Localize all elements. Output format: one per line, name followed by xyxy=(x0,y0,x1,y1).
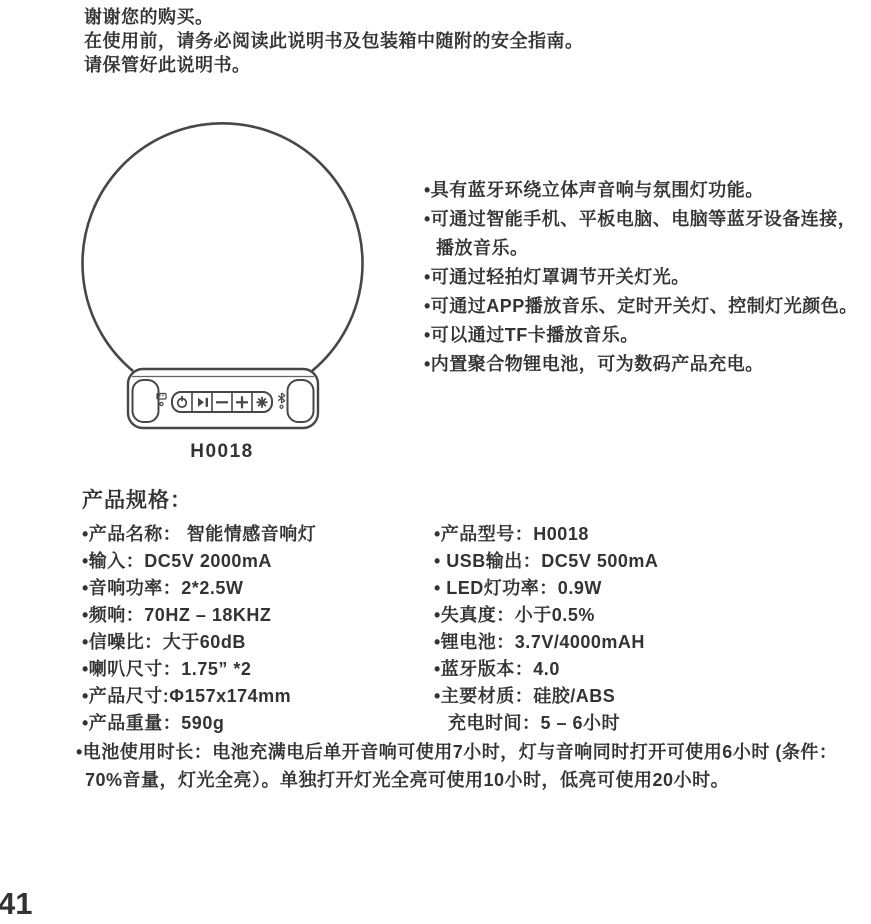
product-illustration xyxy=(70,106,390,446)
spec-item-continuation: 充电时间：5 – 6小时 xyxy=(434,710,658,737)
note-line: •电池使用时长：电池充满电后单开音响可使用7小时，灯与音响同时打开可使用6小时 … xyxy=(76,738,837,766)
specs-heading: 产品规格： xyxy=(82,484,192,514)
intro-line: 请保管好此说明书。 xyxy=(84,53,584,77)
spec-item: • USB输出：DC5V 500mA xyxy=(434,548,658,575)
feature-item: •可通过APP播放音乐、定时开关灯、控制灯光颜色。 xyxy=(424,292,858,321)
feature-item: •可通过轻拍灯罩调节开关灯光。 xyxy=(424,263,858,292)
spec-item: •蓝牙版本：4.0 xyxy=(434,656,658,683)
spec-item: •产品型号：H0018 xyxy=(434,521,658,548)
feature-item-continuation: 播放音乐。 xyxy=(424,234,858,263)
feature-item: •内置聚合物锂电池，可为数码产品充电。 xyxy=(424,350,858,379)
volume-up-icon xyxy=(236,396,248,408)
speaker-pad-right xyxy=(288,380,314,422)
spec-item: •频响：70HZ – 18KHZ xyxy=(82,602,316,629)
lamp-globe-outline xyxy=(83,123,363,371)
feature-item: •可以通过TF卡播放音乐。 xyxy=(424,321,858,350)
intro-line: 谢谢您的购买。 xyxy=(84,5,584,29)
speaker-pad-left xyxy=(133,380,159,422)
feature-list: •具有蓝牙环绕立体声音响与氛围灯功能。 •可通过智能手机、平板电脑、电脑等蓝牙设… xyxy=(424,176,858,379)
page-number: 41 xyxy=(0,886,32,922)
power-icon xyxy=(178,396,187,407)
feature-item: •具有蓝牙环绕立体声音响与氛围灯功能。 xyxy=(424,176,858,205)
spec-item: •产品名称： 智能情感音响灯 xyxy=(82,521,316,548)
feature-item: •可通过智能手机、平板电脑、电脑等蓝牙设备连接， xyxy=(424,205,858,234)
spec-item: •锂电池：3.7V/4000mAH xyxy=(434,629,658,656)
spec-item: •产品重量：590g xyxy=(82,710,316,737)
light-icon xyxy=(257,397,268,408)
model-caption: H0018 xyxy=(70,441,374,463)
spec-item: • LED灯功率：0.9W xyxy=(434,575,658,602)
battery-life-note: •电池使用时长：电池充满电后单开音响可使用7小时，灯与音响同时打开可使用6小时 … xyxy=(76,738,837,794)
spec-list-left: •产品名称： 智能情感音响灯 •输入：DC5V 2000mA •音响功率：2*2… xyxy=(82,521,316,737)
play-pause-icon xyxy=(198,398,208,407)
bluetooth-indicator-icon xyxy=(278,393,284,408)
intro-line: 在使用前，请务必阅读此说明书及包装箱中随附的安全指南。 xyxy=(84,29,584,53)
intro-text: 谢谢您的购买。 在使用前，请务必阅读此说明书及包装箱中随附的安全指南。 请保管好… xyxy=(84,5,584,77)
spec-item: •信噪比：大于60dB xyxy=(82,629,316,656)
spec-item: •喇叭尺寸：1.75” *2 xyxy=(82,656,316,683)
spec-item: •输入：DC5V 2000mA xyxy=(82,548,316,575)
spec-item: •音响功率：2*2.5W xyxy=(82,575,316,602)
note-line-continuation: 70%音量，灯光全亮）。单独打开灯光全亮可使用10小时，低亮可使用20小时。 xyxy=(76,766,837,794)
spec-item: •失真度：小于0.5% xyxy=(434,602,658,629)
spec-item: •主要材质：硅胶/ABS xyxy=(434,683,658,710)
spec-item: •产品尺寸:Φ157x174mm xyxy=(82,683,316,710)
spec-list-right: •产品型号：H0018 • USB输出：DC5V 500mA • LED灯功率：… xyxy=(434,521,658,737)
